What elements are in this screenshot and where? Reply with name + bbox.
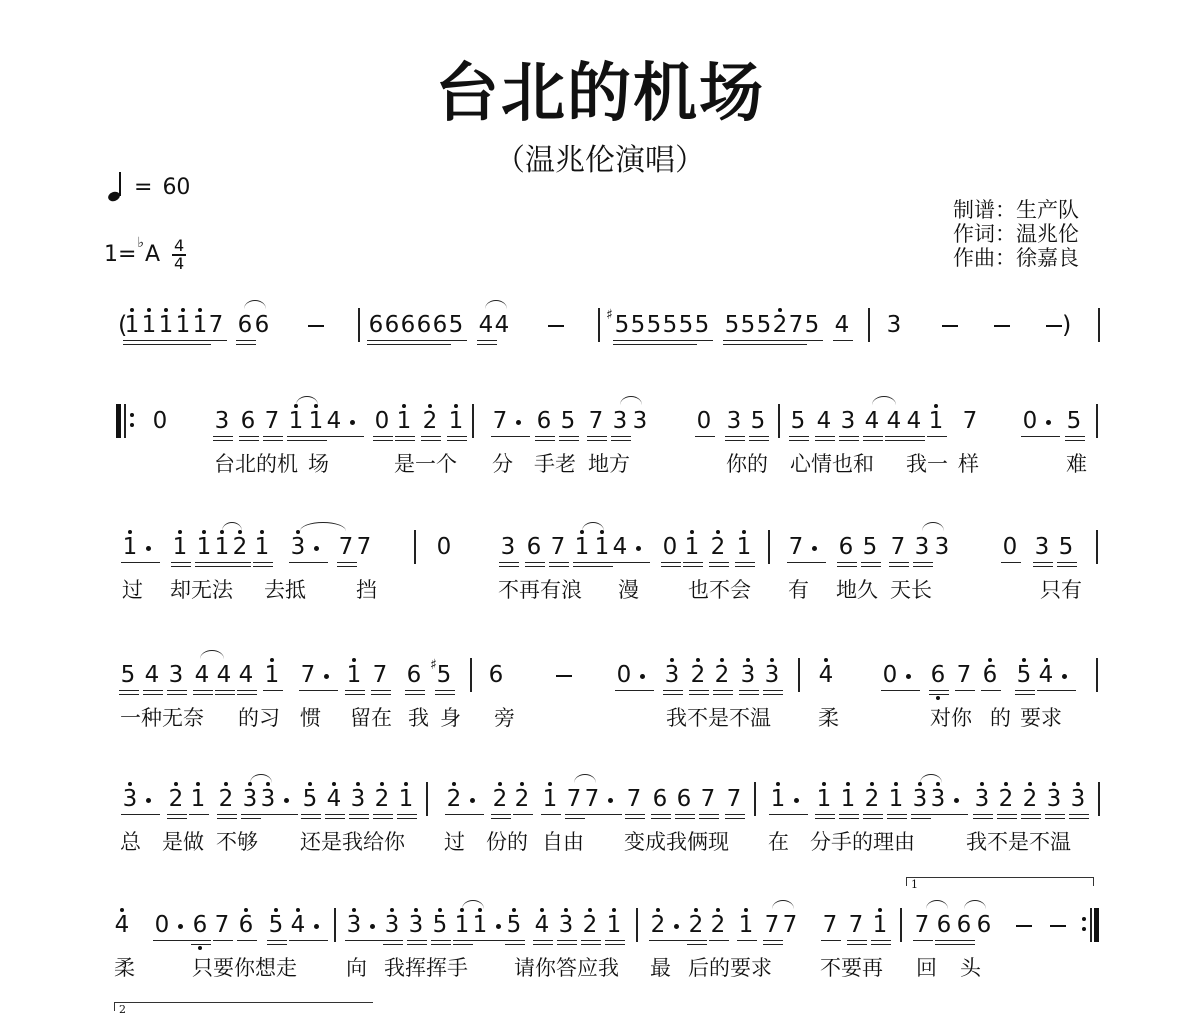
note-number: 6 <box>236 912 256 938</box>
barline <box>358 308 360 342</box>
augmentation-dot <box>314 924 319 929</box>
underline-beam <box>1021 814 1041 815</box>
lyric-text: 场 <box>308 452 329 476</box>
underline-beam <box>167 694 187 695</box>
octave-up-dot <box>1076 782 1080 786</box>
tempo-equals: = <box>134 175 152 200</box>
underline-beam <box>505 944 525 945</box>
lyric-text: 回 <box>916 956 937 980</box>
note-number: 2 <box>216 786 236 812</box>
note-number: 1 <box>252 534 272 560</box>
lyric-text: 不再有浪 <box>498 578 582 602</box>
octave-up-dot <box>656 908 660 912</box>
staff-row: (1111176666666544♯55555555527543) <box>0 298 1200 408</box>
underline-beam <box>763 690 783 691</box>
note-number: 3 <box>630 408 650 434</box>
underline-beam <box>171 562 191 563</box>
note-number: 0 <box>434 534 454 560</box>
underline-beam <box>325 818 345 819</box>
octave-up-dot <box>934 404 938 408</box>
octave-up-dot <box>130 308 134 312</box>
barline <box>768 530 770 564</box>
octave-up-dot <box>694 908 698 912</box>
underline-beam <box>236 340 256 341</box>
note-number: 5 <box>430 912 450 938</box>
underline-beam <box>263 436 283 437</box>
note-number: 7 <box>564 786 584 812</box>
note-number: 7 <box>820 912 840 938</box>
underline-beam <box>725 814 745 815</box>
underline-beam <box>821 940 841 941</box>
note-number: 5 <box>1064 408 1084 434</box>
underline-beam <box>217 814 237 815</box>
underline-beam <box>587 440 607 441</box>
underline-beam <box>263 690 283 691</box>
sustain-dash <box>308 325 324 327</box>
note-number: 4 <box>324 786 344 812</box>
augmentation-dot <box>1046 420 1051 425</box>
note-number: 2 <box>708 534 728 560</box>
note-number: 6 <box>238 408 258 434</box>
note-number: 4 <box>142 662 162 688</box>
note-number: 5 <box>504 912 524 938</box>
note-number: 3 <box>1032 534 1052 560</box>
note-number: 6 <box>650 786 670 812</box>
underline-beam <box>373 818 393 819</box>
sustain-dash <box>1016 925 1032 927</box>
note-number: 1 <box>768 786 788 812</box>
underline-beam <box>713 694 733 695</box>
augmentation-dot <box>812 546 817 551</box>
note-number: 3 <box>348 786 368 812</box>
underline-beam <box>1015 690 1035 691</box>
underline-beam <box>431 344 451 345</box>
credit-composer: 作曲：徐嘉良 <box>953 246 1079 270</box>
underline-beam <box>804 562 826 563</box>
underline-beam <box>651 818 671 819</box>
underline-beam <box>905 436 925 437</box>
note-number: 7 <box>846 912 866 938</box>
augmentation-dot <box>470 798 475 803</box>
underline-beam <box>913 940 933 941</box>
underline-beam <box>725 818 745 819</box>
underline-beam <box>889 562 909 563</box>
octave-up-dot <box>147 308 151 312</box>
barline <box>798 658 800 692</box>
note-number: 2 <box>648 912 668 938</box>
underline-beam <box>1057 566 1077 567</box>
flat-icon: ♭ <box>137 235 144 251</box>
note-number: 7 <box>888 534 908 560</box>
underline-beam <box>345 694 365 695</box>
note-number: 2 <box>708 912 728 938</box>
staff-row: 54344417176♯560322334067654一种无奈的习惯留在我身旁我… <box>0 648 1200 758</box>
underline-beam <box>191 944 211 945</box>
octave-up-dot <box>720 658 724 662</box>
augmentation-dot <box>370 924 375 929</box>
underline-beam <box>600 814 622 815</box>
underline-beam <box>699 818 719 819</box>
note-number: 1 <box>682 534 702 560</box>
octave-up-dot <box>402 404 406 408</box>
underline-beam <box>193 694 213 695</box>
underline-beam <box>241 818 261 819</box>
underline-beam <box>911 814 931 815</box>
note-number: 1 <box>344 662 364 688</box>
underline-beam <box>453 944 473 945</box>
underline-beam <box>587 436 607 437</box>
underline-beam <box>349 814 369 815</box>
note-number: 1 <box>120 534 140 560</box>
note-number: 3 <box>166 662 186 688</box>
underline-beam <box>138 562 160 563</box>
underline-beam <box>342 436 364 437</box>
octave-up-dot <box>980 782 984 786</box>
key-prefix: 1= <box>104 242 136 267</box>
thick-barline <box>1094 908 1099 942</box>
lyric-text: 样 <box>958 452 979 476</box>
octave-up-dot <box>588 908 592 912</box>
octave-up-dot <box>128 530 132 534</box>
note-number: 0 <box>660 534 680 560</box>
note-number: 1 <box>194 534 214 560</box>
octave-up-dot <box>1004 782 1008 786</box>
underline-beam <box>749 436 769 437</box>
tempo-bpm: 60 <box>162 175 190 200</box>
underline-beam <box>287 436 307 437</box>
lyric-text: 过 <box>122 578 143 602</box>
note-number: 7 <box>262 408 282 434</box>
lyric-text: 有 <box>788 578 809 602</box>
octave-up-dot <box>988 658 992 662</box>
underline-beam <box>725 436 745 437</box>
note-number: 4 <box>192 662 212 688</box>
barline <box>1098 308 1100 342</box>
note-number: 4 <box>1036 662 1056 688</box>
note-number: 3 <box>610 408 630 434</box>
lyric-text: 挡 <box>356 578 377 602</box>
note-number: 6 <box>674 786 694 812</box>
note-number: 1 <box>170 534 190 560</box>
underline-beam <box>541 814 561 815</box>
barline <box>598 308 600 342</box>
tie-slur-icon <box>872 396 896 405</box>
note-number: 1 <box>262 662 282 688</box>
underline-beam <box>217 818 237 819</box>
augmentation-dot <box>608 798 613 803</box>
underline-beam <box>499 566 519 567</box>
octave-up-dot <box>878 908 882 912</box>
time-numerator: 4 <box>174 238 184 254</box>
underline-beam <box>1057 562 1077 563</box>
underline-beam <box>666 940 688 941</box>
note-number: 5 <box>788 408 808 434</box>
underline-beam <box>383 940 403 941</box>
underline-beam <box>699 814 719 815</box>
underline-beam <box>1015 694 1035 695</box>
underline-beam <box>167 690 187 691</box>
underline-beam <box>927 436 947 437</box>
underline-beam <box>435 694 455 695</box>
note-number: 7 <box>370 662 390 688</box>
underline-beam <box>929 694 949 695</box>
underline-beam <box>839 814 859 815</box>
octave-up-dot <box>196 782 200 786</box>
barline <box>470 658 472 692</box>
note-number: 1 <box>188 786 208 812</box>
octave-up-dot <box>824 658 828 662</box>
key-signature: 1= ♭ A 4 4 <box>104 238 186 272</box>
tie-slur-icon <box>485 300 507 309</box>
note-number: 1 <box>734 534 754 560</box>
key-note: A <box>145 242 160 267</box>
note-number: 1 <box>212 534 232 560</box>
note-number: 4 <box>236 662 256 688</box>
note-number: 2 <box>372 786 392 812</box>
underline-beam <box>337 562 357 563</box>
underline-beam <box>191 344 211 345</box>
augmentation-dot <box>954 798 959 803</box>
tie-slur-icon <box>574 774 596 783</box>
augmentation-dot <box>146 798 151 803</box>
underline-beam <box>663 694 683 695</box>
note-number: 7 <box>624 786 644 812</box>
octave-up-dot <box>428 404 432 408</box>
tie-slur-icon <box>772 900 794 909</box>
lyric-text: 柔 <box>818 706 839 730</box>
underline-beam <box>687 944 707 945</box>
underline-beam <box>301 818 321 819</box>
staff-row: 3212335432122217776677111213332233总是做不够还… <box>0 772 1200 882</box>
underline-beam <box>661 562 681 563</box>
intro-parenthesis: ) <box>1062 312 1071 338</box>
lyric-text: 我不是不温 <box>666 706 771 730</box>
tie-slur-icon <box>920 774 942 783</box>
note-number: 2 <box>712 662 732 688</box>
underline-beam <box>815 818 835 819</box>
note-number: 1 <box>540 786 560 812</box>
note-number: 7 <box>960 408 980 434</box>
volta-bracket-2: 2 <box>114 1002 373 1011</box>
underline-beam <box>167 814 187 815</box>
underline-beam <box>737 940 757 941</box>
augmentation-dot <box>178 924 183 929</box>
underline-beam <box>559 436 579 437</box>
octave-up-dot <box>716 530 720 534</box>
underline-beam <box>871 940 891 941</box>
note-number: 3 <box>212 408 232 434</box>
note-number: 4 <box>832 312 852 338</box>
underline-beam <box>307 436 327 437</box>
underline-beam <box>663 690 683 691</box>
underline-beam <box>306 562 328 563</box>
tie-slur-icon <box>250 774 272 783</box>
note-number: 2 <box>1020 786 1040 812</box>
note-number: 2 <box>230 534 250 560</box>
underline-beam <box>267 940 287 941</box>
underline-beam <box>997 818 1017 819</box>
note-number: 7 <box>582 786 602 812</box>
lyric-text: 总 <box>120 830 141 854</box>
lyric-text: 自由 <box>542 830 584 854</box>
note-number: 3 <box>120 786 140 812</box>
lyric-text: 请你答应我 <box>514 956 619 980</box>
underline-beam <box>935 940 955 941</box>
note-number: 7 <box>548 534 568 560</box>
note-number: 4 <box>214 662 234 688</box>
octave-up-dot <box>414 908 418 912</box>
augmentation-dot <box>146 546 151 551</box>
note-number: 3 <box>662 662 682 688</box>
underline-beam <box>677 344 697 345</box>
underline-beam <box>861 566 881 567</box>
note-number: 6 <box>934 912 954 938</box>
underline-beam <box>407 944 427 945</box>
underline-beam <box>735 566 755 567</box>
note-number: 0 <box>150 408 170 434</box>
octave-up-dot <box>224 782 228 786</box>
augmentation-dot <box>284 798 289 803</box>
underline-beam <box>237 940 257 941</box>
octave-up-dot <box>380 782 384 786</box>
credits: 制谱：生产队 作词：温兆伦 作曲：徐嘉良 <box>953 198 1079 270</box>
octave-up-dot <box>776 782 780 786</box>
barline <box>900 908 902 942</box>
underline-beam <box>861 562 881 563</box>
underline-beam <box>301 814 321 815</box>
note-number: 0 <box>1020 408 1040 434</box>
underline-beam <box>1069 814 1089 815</box>
underline-beam <box>431 944 451 945</box>
underline-beam <box>661 566 681 567</box>
underline-beam <box>431 940 451 941</box>
note-number: 1 <box>446 408 466 434</box>
barline <box>636 908 638 942</box>
underline-beam <box>713 690 733 691</box>
note-number: 1 <box>286 408 306 434</box>
augmentation-dot <box>324 674 329 679</box>
barline <box>1098 782 1100 816</box>
octave-up-dot <box>454 404 458 408</box>
lyric-text: 是做 <box>162 830 204 854</box>
note-number: 3 <box>972 786 992 812</box>
underline-beam <box>193 690 213 691</box>
octave-up-dot <box>744 908 748 912</box>
octave-up-dot <box>540 908 544 912</box>
lyric-text: 只要你想走 <box>192 956 297 980</box>
underline-beam <box>611 440 631 441</box>
time-signature: 4 4 <box>172 238 186 272</box>
barline <box>868 308 870 342</box>
underline-beam <box>237 690 257 691</box>
note-number: 5 <box>446 312 466 338</box>
repeat-start-dots <box>130 407 134 433</box>
underline-beam <box>709 940 729 941</box>
note-number: 3 <box>738 662 758 688</box>
underline-beam <box>373 814 393 815</box>
barline <box>1096 404 1098 438</box>
note-number: 3 <box>406 912 426 938</box>
underline-beam <box>605 940 625 941</box>
underline-beam <box>371 690 391 691</box>
note-number: 7 <box>912 912 932 938</box>
underline-beam <box>362 940 384 941</box>
note-number: 3 <box>838 408 858 434</box>
underline-beam <box>287 440 307 441</box>
underline-beam <box>373 436 393 437</box>
underline-beam <box>1033 566 1053 567</box>
underline-beam <box>453 940 473 941</box>
underline-beam <box>885 436 905 437</box>
underline-beam <box>421 436 441 437</box>
underline-beam <box>863 814 883 815</box>
note-number: 3 <box>556 912 576 938</box>
note-number: 6 <box>954 912 974 938</box>
note-number: 2 <box>580 912 600 938</box>
underline-beam <box>143 694 163 695</box>
underline-beam <box>231 562 251 563</box>
tie-slur-icon <box>300 522 346 531</box>
lyric-text: 心情也和 <box>790 452 874 476</box>
note-number: 1 <box>572 534 592 560</box>
note-number: 7 <box>586 408 606 434</box>
octave-up-dot <box>404 782 408 786</box>
octave-up-dot <box>1028 782 1032 786</box>
note-number: 7 <box>212 912 232 938</box>
augmentation-dot <box>674 924 679 929</box>
underline-beam <box>847 944 867 945</box>
underline-beam <box>786 814 808 815</box>
octave-down-dot <box>198 946 202 950</box>
augmentation-dot <box>1062 674 1067 679</box>
note-number: 7 <box>298 662 318 688</box>
underline-beam <box>405 690 425 691</box>
underline-beam <box>533 940 553 941</box>
note-number: 7 <box>336 534 356 560</box>
staff-row: 11112137703671140121765733035过却无法去抵挡不再有浪… <box>0 520 1200 630</box>
underline-beam <box>371 694 391 695</box>
underline-beam <box>847 940 867 941</box>
lyric-text: 不要再 <box>820 956 883 980</box>
note-number: 6 <box>534 408 554 434</box>
underline-beam <box>871 944 891 945</box>
underline-beam <box>749 440 769 441</box>
underline-beam <box>889 566 909 567</box>
note-number: 0 <box>880 662 900 688</box>
lyric-text: 却无法 <box>170 578 233 602</box>
underline-beam <box>462 814 484 815</box>
underline-beam <box>763 940 783 941</box>
time-denominator: 4 <box>174 256 184 272</box>
underline-beam <box>973 818 993 819</box>
underline-beam <box>535 436 555 437</box>
note-number: 1 <box>452 912 472 938</box>
octave-up-dot <box>894 782 898 786</box>
augmentation-dot <box>906 674 911 679</box>
underline-beam <box>267 944 287 945</box>
underline-beam <box>739 690 759 691</box>
note-number: 2 <box>420 408 440 434</box>
tie-slur-icon <box>296 396 318 405</box>
augmentation-dot <box>496 924 501 929</box>
underline-beam <box>887 818 907 819</box>
note-number: 3 <box>910 786 930 812</box>
underline-beam <box>213 940 233 941</box>
octave-up-dot <box>1044 658 1048 662</box>
note-number: 5 <box>802 312 822 338</box>
note-number: 1 <box>592 534 612 560</box>
underline-beam <box>1001 562 1021 563</box>
